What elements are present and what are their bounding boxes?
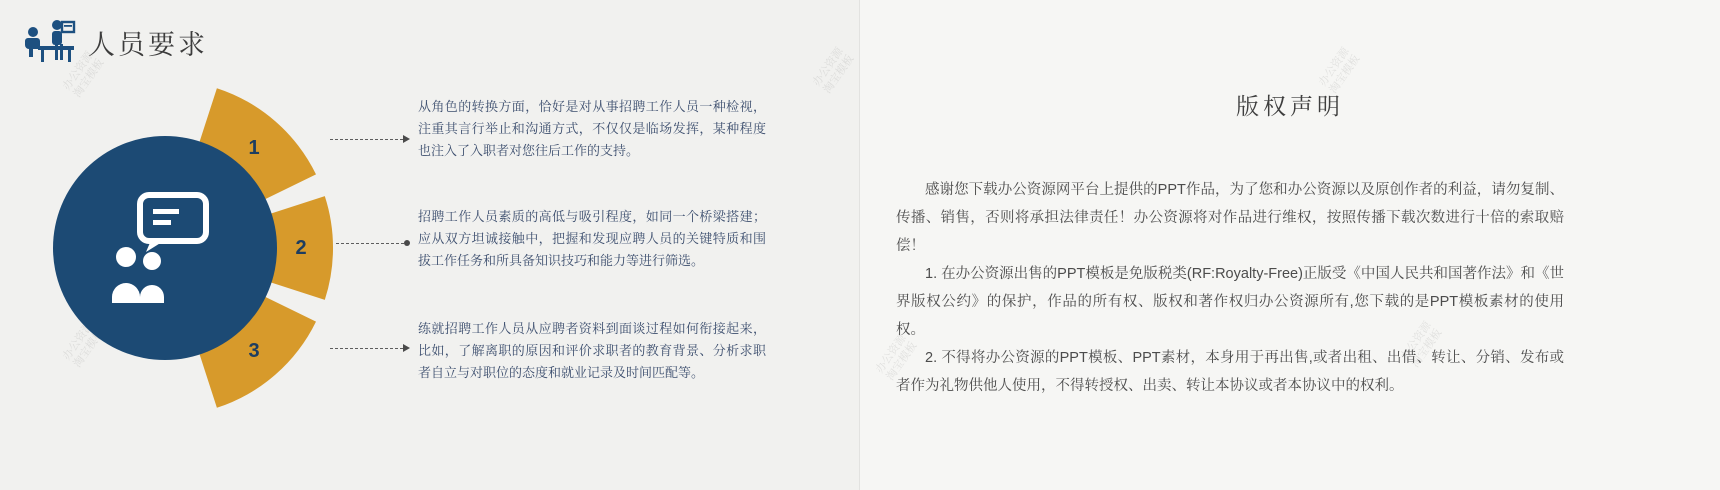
segment-number-2: 2 — [281, 234, 321, 262]
connector-3 — [330, 343, 410, 353]
segment-number-3: 3 — [234, 337, 274, 365]
copyright-paragraph-2: 1. 在办公资源出售的PPT模板是免版税类(RF:Royalty-Free)正版… — [896, 260, 1564, 344]
dashed-line — [330, 348, 403, 349]
center-circle — [53, 136, 277, 360]
copyright-paragraph-1: 感谢您下载办公资源网平台上提供的PPT作品，为了您和办公资源以及原创作者的利益，… — [896, 176, 1564, 260]
ppt-preview-canvas: 办公资源淘宝模板 办公资源淘宝模板 办公资源淘宝模板 办公资源淘宝模板 办公资源… — [0, 0, 1720, 490]
arrow-right-icon — [403, 135, 410, 143]
connector-1 — [330, 134, 410, 144]
requirement-text-2: 招聘工作人员素质的高低与吸引程度，如同一个桥梁搭建；应从双方坦诚接触中，把握和发… — [418, 206, 766, 272]
dashed-line — [336, 243, 404, 244]
arrow-right-icon — [403, 344, 410, 352]
connector-2 — [336, 238, 410, 248]
copyright-body: 感谢您下载办公资源网平台上提供的PPT作品，为了您和办公资源以及原创作者的利益，… — [896, 176, 1564, 400]
slide-divider — [859, 0, 860, 490]
dot-icon — [404, 240, 410, 246]
copyright-title: 版权声明 — [860, 88, 1720, 121]
copyright-paragraph-3: 2. 不得将办公资源的PPT模板、PPT素材，本身用于再出售,或者出租、出借、转… — [896, 344, 1564, 400]
requirement-text-1: 从角色的转换方面，恰好是对从事招聘工作人员一种检视，注重其言行举止和沟通方式，不… — [418, 96, 766, 162]
dashed-line — [330, 139, 403, 140]
requirement-text-3: 练就招聘工作人员从应聘者资料到面谈过程如何衔接起来，比如，了解离职的原因和评价求… — [418, 318, 766, 384]
segment-number-1: 1 — [234, 134, 274, 162]
